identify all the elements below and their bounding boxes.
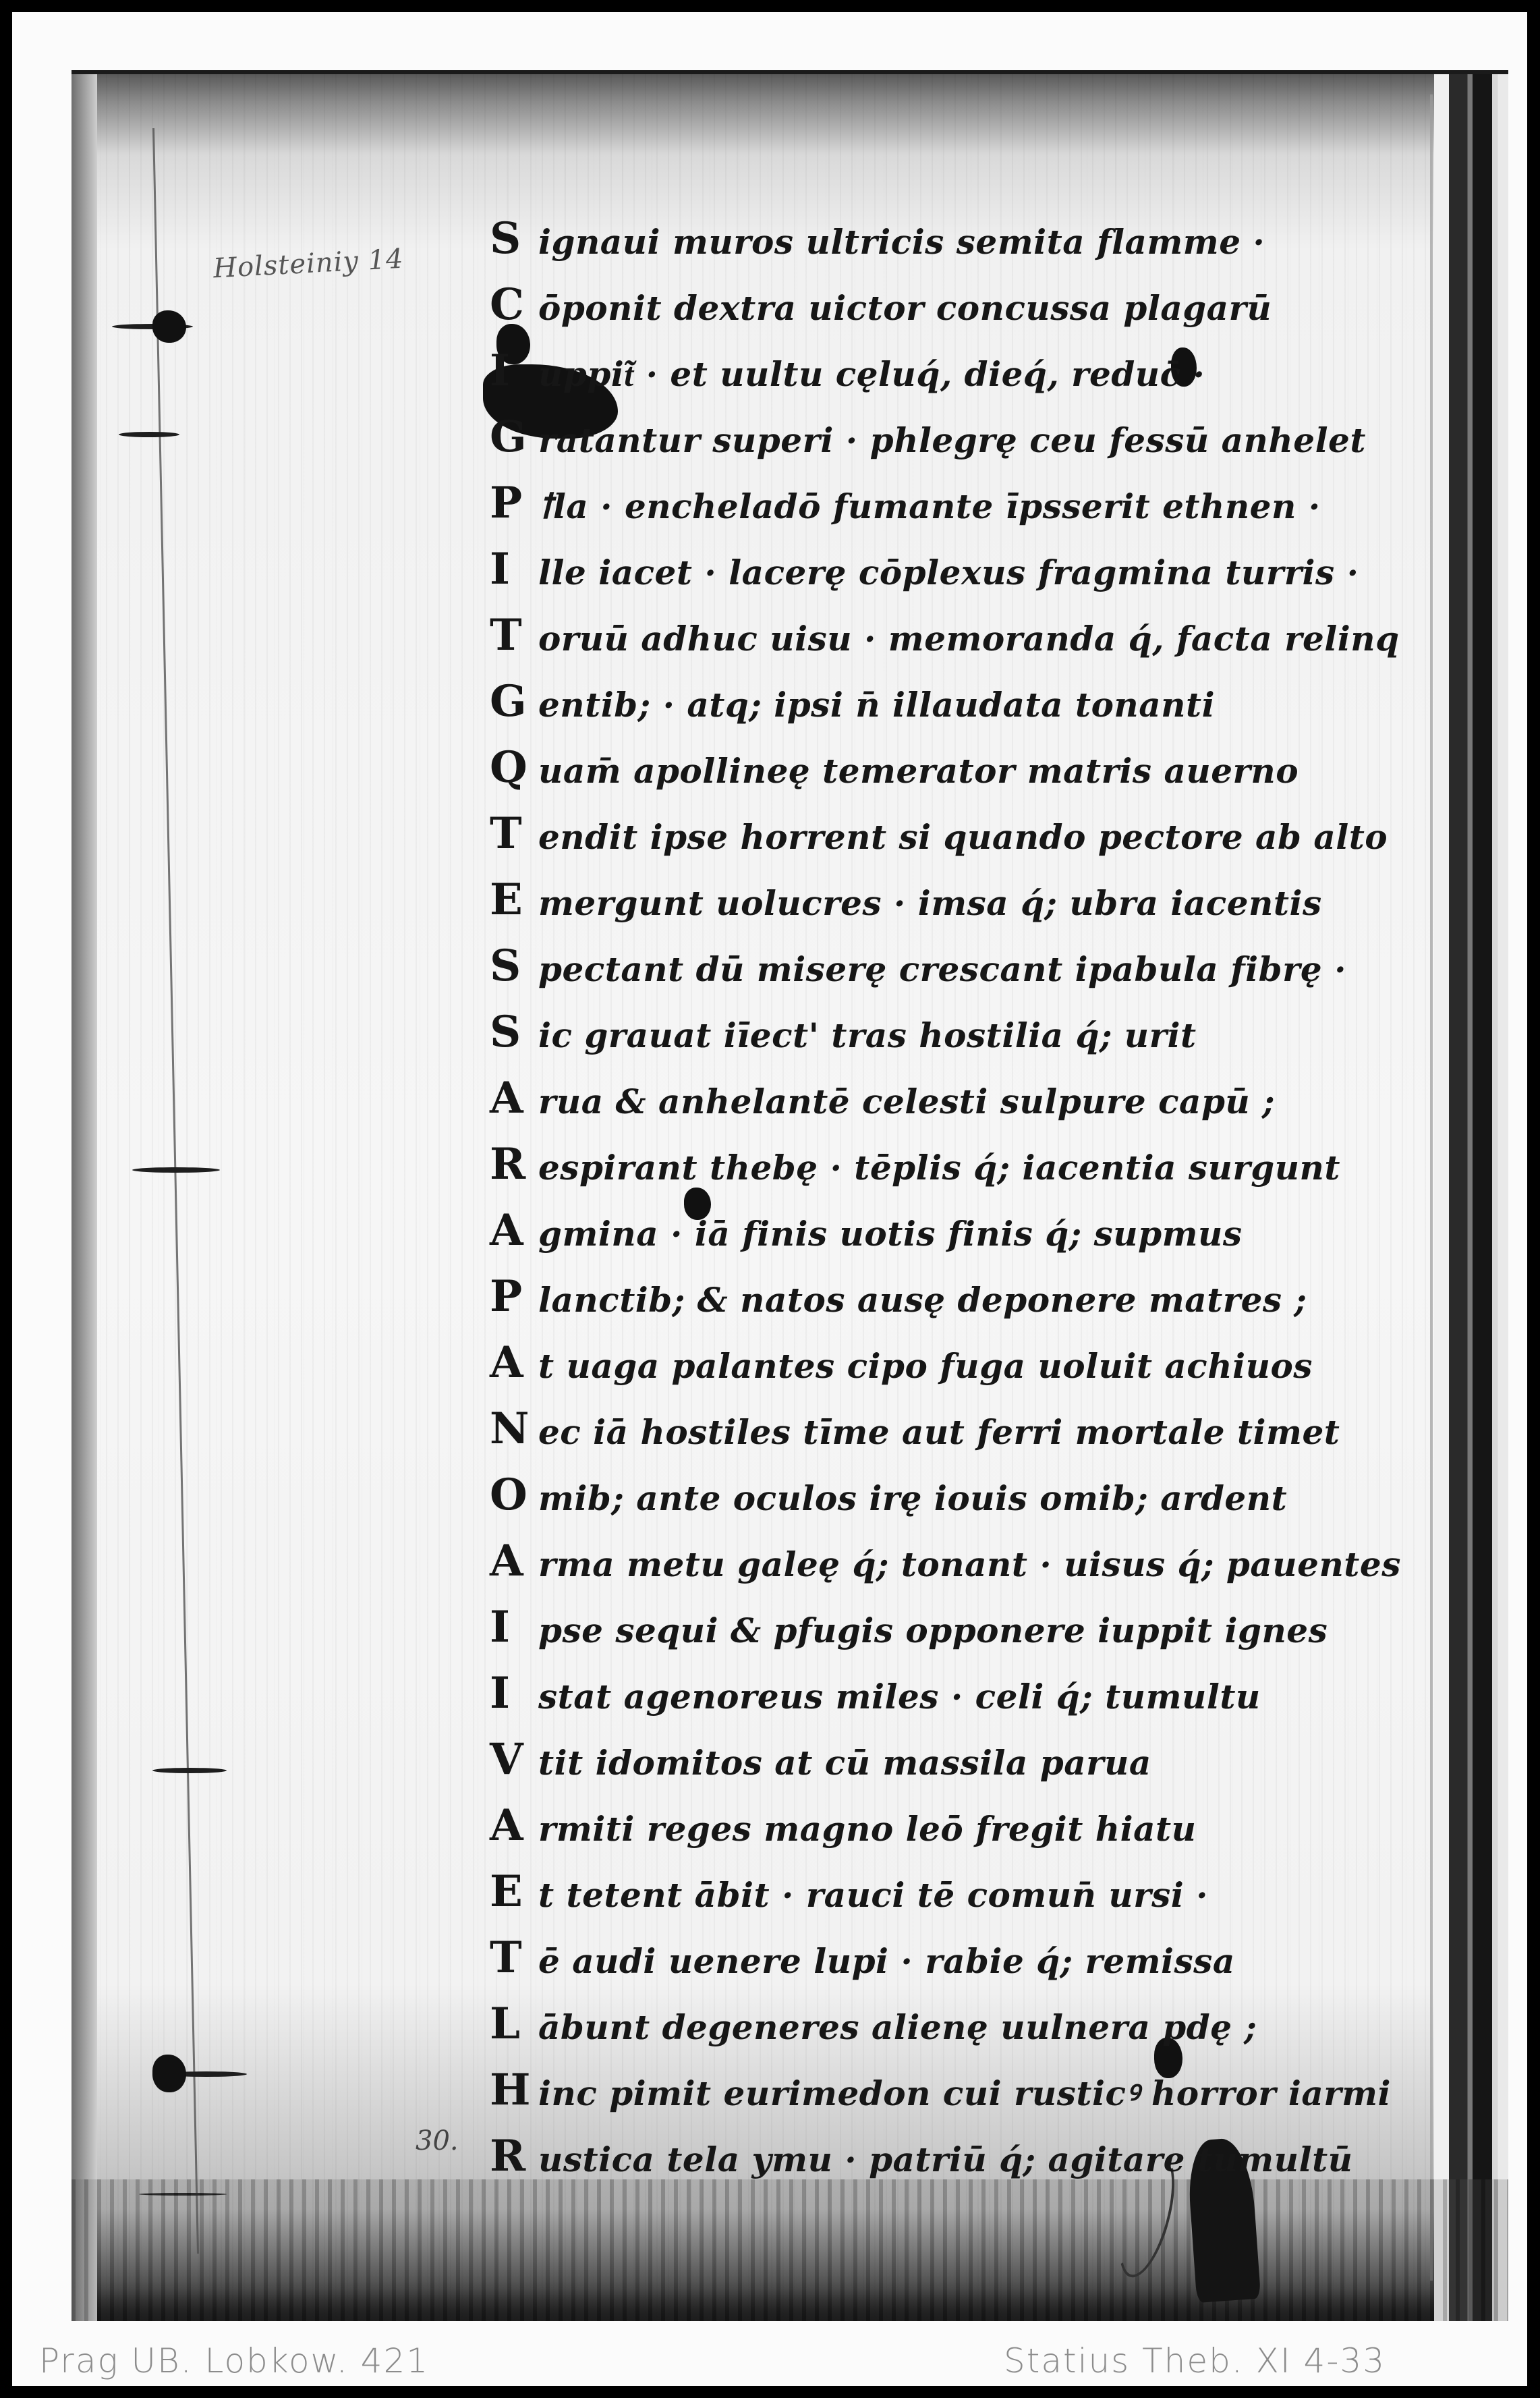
prick-mark bbox=[119, 432, 179, 437]
verse-initial: A bbox=[490, 1209, 538, 1264]
verse-line: Lābunt degeneres alienę uulnera pdę ; bbox=[490, 1992, 1515, 2058]
marginal-note: Holsteiniy 14 bbox=[212, 244, 405, 285]
verse-line: Rustica tela ymu · patriū q́; agitare tu… bbox=[490, 2124, 1515, 2190]
verse-initial: R bbox=[490, 1143, 538, 1198]
verse-line: Emergunt uolucres · imsa q́; ubra iacent… bbox=[490, 868, 1515, 934]
verse-initial: L bbox=[490, 2003, 538, 2058]
verse-text: ābunt degeneres alienę uulnera pdę ; bbox=[538, 2011, 1257, 2058]
verse-line: Arua & anhelantē celesti sulpure capū ; bbox=[490, 1066, 1515, 1132]
verse-line: Ille iacet · lacerę cōplexus fragmina tu… bbox=[490, 537, 1515, 603]
verse-text: entib; · atq; ipsi n̄ illaudata tonanti bbox=[538, 688, 1215, 735]
verse-initial: O bbox=[490, 1474, 538, 1529]
verse-text: ratantur superi · phlegrę ceu fessū anhe… bbox=[538, 424, 1366, 471]
verse-line: Planctib; & natos ausę deponere matres ; bbox=[490, 1264, 1515, 1331]
verse-line: Signaui muros ultricis semita flamme · bbox=[490, 206, 1515, 273]
verse-initial: E bbox=[490, 1870, 538, 1926]
verse-text: espirant thebę · tēplis q́; iacentia sur… bbox=[538, 1151, 1340, 1198]
caption-shelfmark: Prag UB. Lobkow. 421 bbox=[39, 2341, 429, 2380]
prick-mark bbox=[152, 1768, 227, 1773]
verse-text: uam̄ apollineę temerator matris auerno bbox=[538, 754, 1299, 802]
verse-text: pectant dū miserę crescant ipabula fibrę… bbox=[538, 953, 1346, 1000]
verse-text: pse sequi & pfugis opponere iuppit ignes bbox=[538, 1614, 1328, 1661]
ink-blot bbox=[152, 2055, 186, 2092]
verse-line: Toruū adhuc uisu · memoranda q́, facta r… bbox=[490, 603, 1515, 669]
verse-line: Et tetent ābit · rauci tē comun̄ ursi · bbox=[490, 1860, 1515, 1926]
verse-line: Tē audi uenere lupi · rabie q́; remissa bbox=[490, 1926, 1515, 1992]
verse-text: t tetent ābit · rauci tē comun̄ ursi · bbox=[538, 1878, 1208, 1926]
verse-initial: T bbox=[490, 812, 538, 868]
verse-initial: G bbox=[490, 416, 538, 471]
verse-initial: A bbox=[490, 1540, 538, 1595]
verse-line: Omib; ante oculos irę iouis omib; ardent bbox=[490, 1463, 1515, 1529]
verse-initial: R bbox=[490, 2135, 538, 2190]
verse-initial: T bbox=[490, 614, 538, 669]
verse-text: inc pimit eurimedon cui rusticꝰ horror i… bbox=[538, 2077, 1391, 2124]
verse-text-block: Signaui muros ultricis semita flamme · C… bbox=[490, 206, 1515, 2190]
verse-text: ꝉla · encheladō fumante īpsserit ethnen … bbox=[538, 490, 1321, 537]
verse-initial: A bbox=[490, 1804, 538, 1860]
verse-line: Ipse sequi & pfugis opponere iuppit igne… bbox=[490, 1595, 1515, 1661]
verse-line: Agmina · iā finis uotis finis q́; supmus bbox=[490, 1198, 1515, 1264]
verse-initial: P bbox=[490, 482, 538, 537]
caption-citation: Statius Theb. XI 4-33 bbox=[1004, 2341, 1386, 2380]
verse-initial: Q bbox=[490, 746, 538, 802]
verse-text: rma metu galeę q́; tonant · uisus q́; pa… bbox=[538, 1548, 1401, 1595]
ink-blot bbox=[152, 310, 186, 343]
verse-initial: V bbox=[490, 1738, 538, 1793]
verse-text: rua & anhelantē celesti sulpure capū ; bbox=[538, 1085, 1275, 1132]
verse-line: Respirant thebę · tēplis q́; iacentia su… bbox=[490, 1132, 1515, 1198]
verse-line: Tendit ipse horrent si quando pectore ab… bbox=[490, 802, 1515, 868]
verse-line: Arma metu galeę q́; tonant · uisus q́; p… bbox=[490, 1529, 1515, 1595]
verse-initial: H bbox=[490, 2069, 538, 2124]
verse-text: lanctib; & natos ausę deponere matres ; bbox=[538, 1283, 1307, 1331]
manuscript-photo: Holsteiniy 14 30. Signaui muros ultricis… bbox=[72, 70, 1508, 2321]
verse-initial: E bbox=[490, 879, 538, 934]
verse-initial: P bbox=[490, 1275, 538, 1331]
verse-line: Spectant dū miserę crescant ipabula fibr… bbox=[490, 934, 1515, 1000]
photo-mount: Holsteiniy 14 30. Signaui muros ultricis… bbox=[12, 12, 1527, 2386]
verse-text: oruū adhuc uisu · memoranda q́, facta re… bbox=[538, 622, 1400, 669]
line-number-mark: 30. bbox=[416, 2125, 459, 2156]
verse-text: t uaga palantes cipo fuga uoluit achiuos bbox=[538, 1349, 1313, 1397]
verse-line: Quam̄ apollineę temerator matris auerno bbox=[490, 735, 1515, 802]
verse-initial: A bbox=[490, 1077, 538, 1132]
verse-text: ic grauat iīect' tras hostilia q́; urit bbox=[538, 1019, 1197, 1066]
verse-line: Gentib; · atq; ipsi n̄ illaudata tonanti bbox=[490, 669, 1515, 735]
bottom-stain bbox=[72, 2179, 1508, 2321]
verse-text: endit ipse horrent si quando pectore ab … bbox=[538, 820, 1388, 868]
prick-mark bbox=[132, 1167, 220, 1173]
verse-initial: S bbox=[490, 217, 538, 273]
verse-text: lle iacet · lacerę cōplexus fragmina tur… bbox=[538, 556, 1359, 603]
verse-initial: I bbox=[490, 1672, 538, 1727]
verse-text: tit idomitos at cū massila parua bbox=[538, 1746, 1151, 1793]
margin-ruling-line bbox=[152, 128, 199, 2254]
verse-line: Pꝉla · encheladō fumante īpsserit ethnen… bbox=[490, 471, 1515, 537]
verse-initial: I bbox=[490, 350, 538, 405]
verse-line: Vtit idomitos at cū massila parua bbox=[490, 1727, 1515, 1793]
verse-line: Cōponit dextra uictor concussa plagarū bbox=[490, 273, 1515, 339]
verse-line: Armiti reges magno leō fregit hiatu bbox=[490, 1793, 1515, 1860]
verse-line: Istat agenoreus miles · celi q́; tumultu bbox=[490, 1661, 1515, 1727]
verse-text: ec iā hostiles tīme aut ferri mortale ti… bbox=[538, 1416, 1340, 1463]
page-left-edge bbox=[72, 74, 97, 2321]
verse-initial: S bbox=[490, 945, 538, 1000]
verse-line: Iuppit͂ · et uultu cęluq́, dieq́, reduc̄… bbox=[490, 339, 1515, 405]
verse-text: mib; ante oculos irę iouis omib; ardent bbox=[538, 1482, 1287, 1529]
verse-initial: N bbox=[490, 1407, 538, 1463]
verse-text: stat agenoreus miles · celi q́; tumultu bbox=[538, 1680, 1261, 1727]
verse-text: ē audi uenere lupi · rabie q́; remissa bbox=[538, 1945, 1235, 1992]
verse-line: At uaga palantes cipo fuga uoluit achiuo… bbox=[490, 1331, 1515, 1397]
verse-initial: G bbox=[490, 680, 538, 735]
verse-initial: C bbox=[490, 283, 538, 339]
verse-initial: T bbox=[490, 1936, 538, 1992]
verse-initial: A bbox=[490, 1341, 538, 1397]
verse-text: ustica tela ymu · patriū q́; agitare tum… bbox=[538, 2143, 1353, 2190]
verse-line: Gratantur superi · phlegrę ceu fessū anh… bbox=[490, 405, 1515, 471]
verse-text: mergunt uolucres · imsa q́; ubra iacenti… bbox=[538, 887, 1322, 934]
verse-line: Sic grauat iīect' tras hostilia q́; urit bbox=[490, 1000, 1515, 1066]
verse-text: uppit͂ · et uultu cęluq́, dieq́, reduc̄ … bbox=[538, 358, 1205, 405]
verse-initial: I bbox=[490, 1606, 538, 1661]
verse-text: gmina · iā finis uotis finis q́; supmus bbox=[538, 1217, 1243, 1264]
verse-line: Nec iā hostiles tīme aut ferri mortale t… bbox=[490, 1397, 1515, 1463]
verse-initial: S bbox=[490, 1011, 538, 1066]
verse-text: ignaui muros ultricis semita flamme · bbox=[538, 225, 1265, 273]
verse-text: ōponit dextra uictor concussa plagarū bbox=[538, 291, 1272, 339]
verse-line: Hinc pimit eurimedon cui rusticꝰ horror … bbox=[490, 2058, 1515, 2124]
verse-initial: I bbox=[490, 548, 538, 603]
verse-text: rmiti reges magno leō fregit hiatu bbox=[538, 1812, 1196, 1860]
